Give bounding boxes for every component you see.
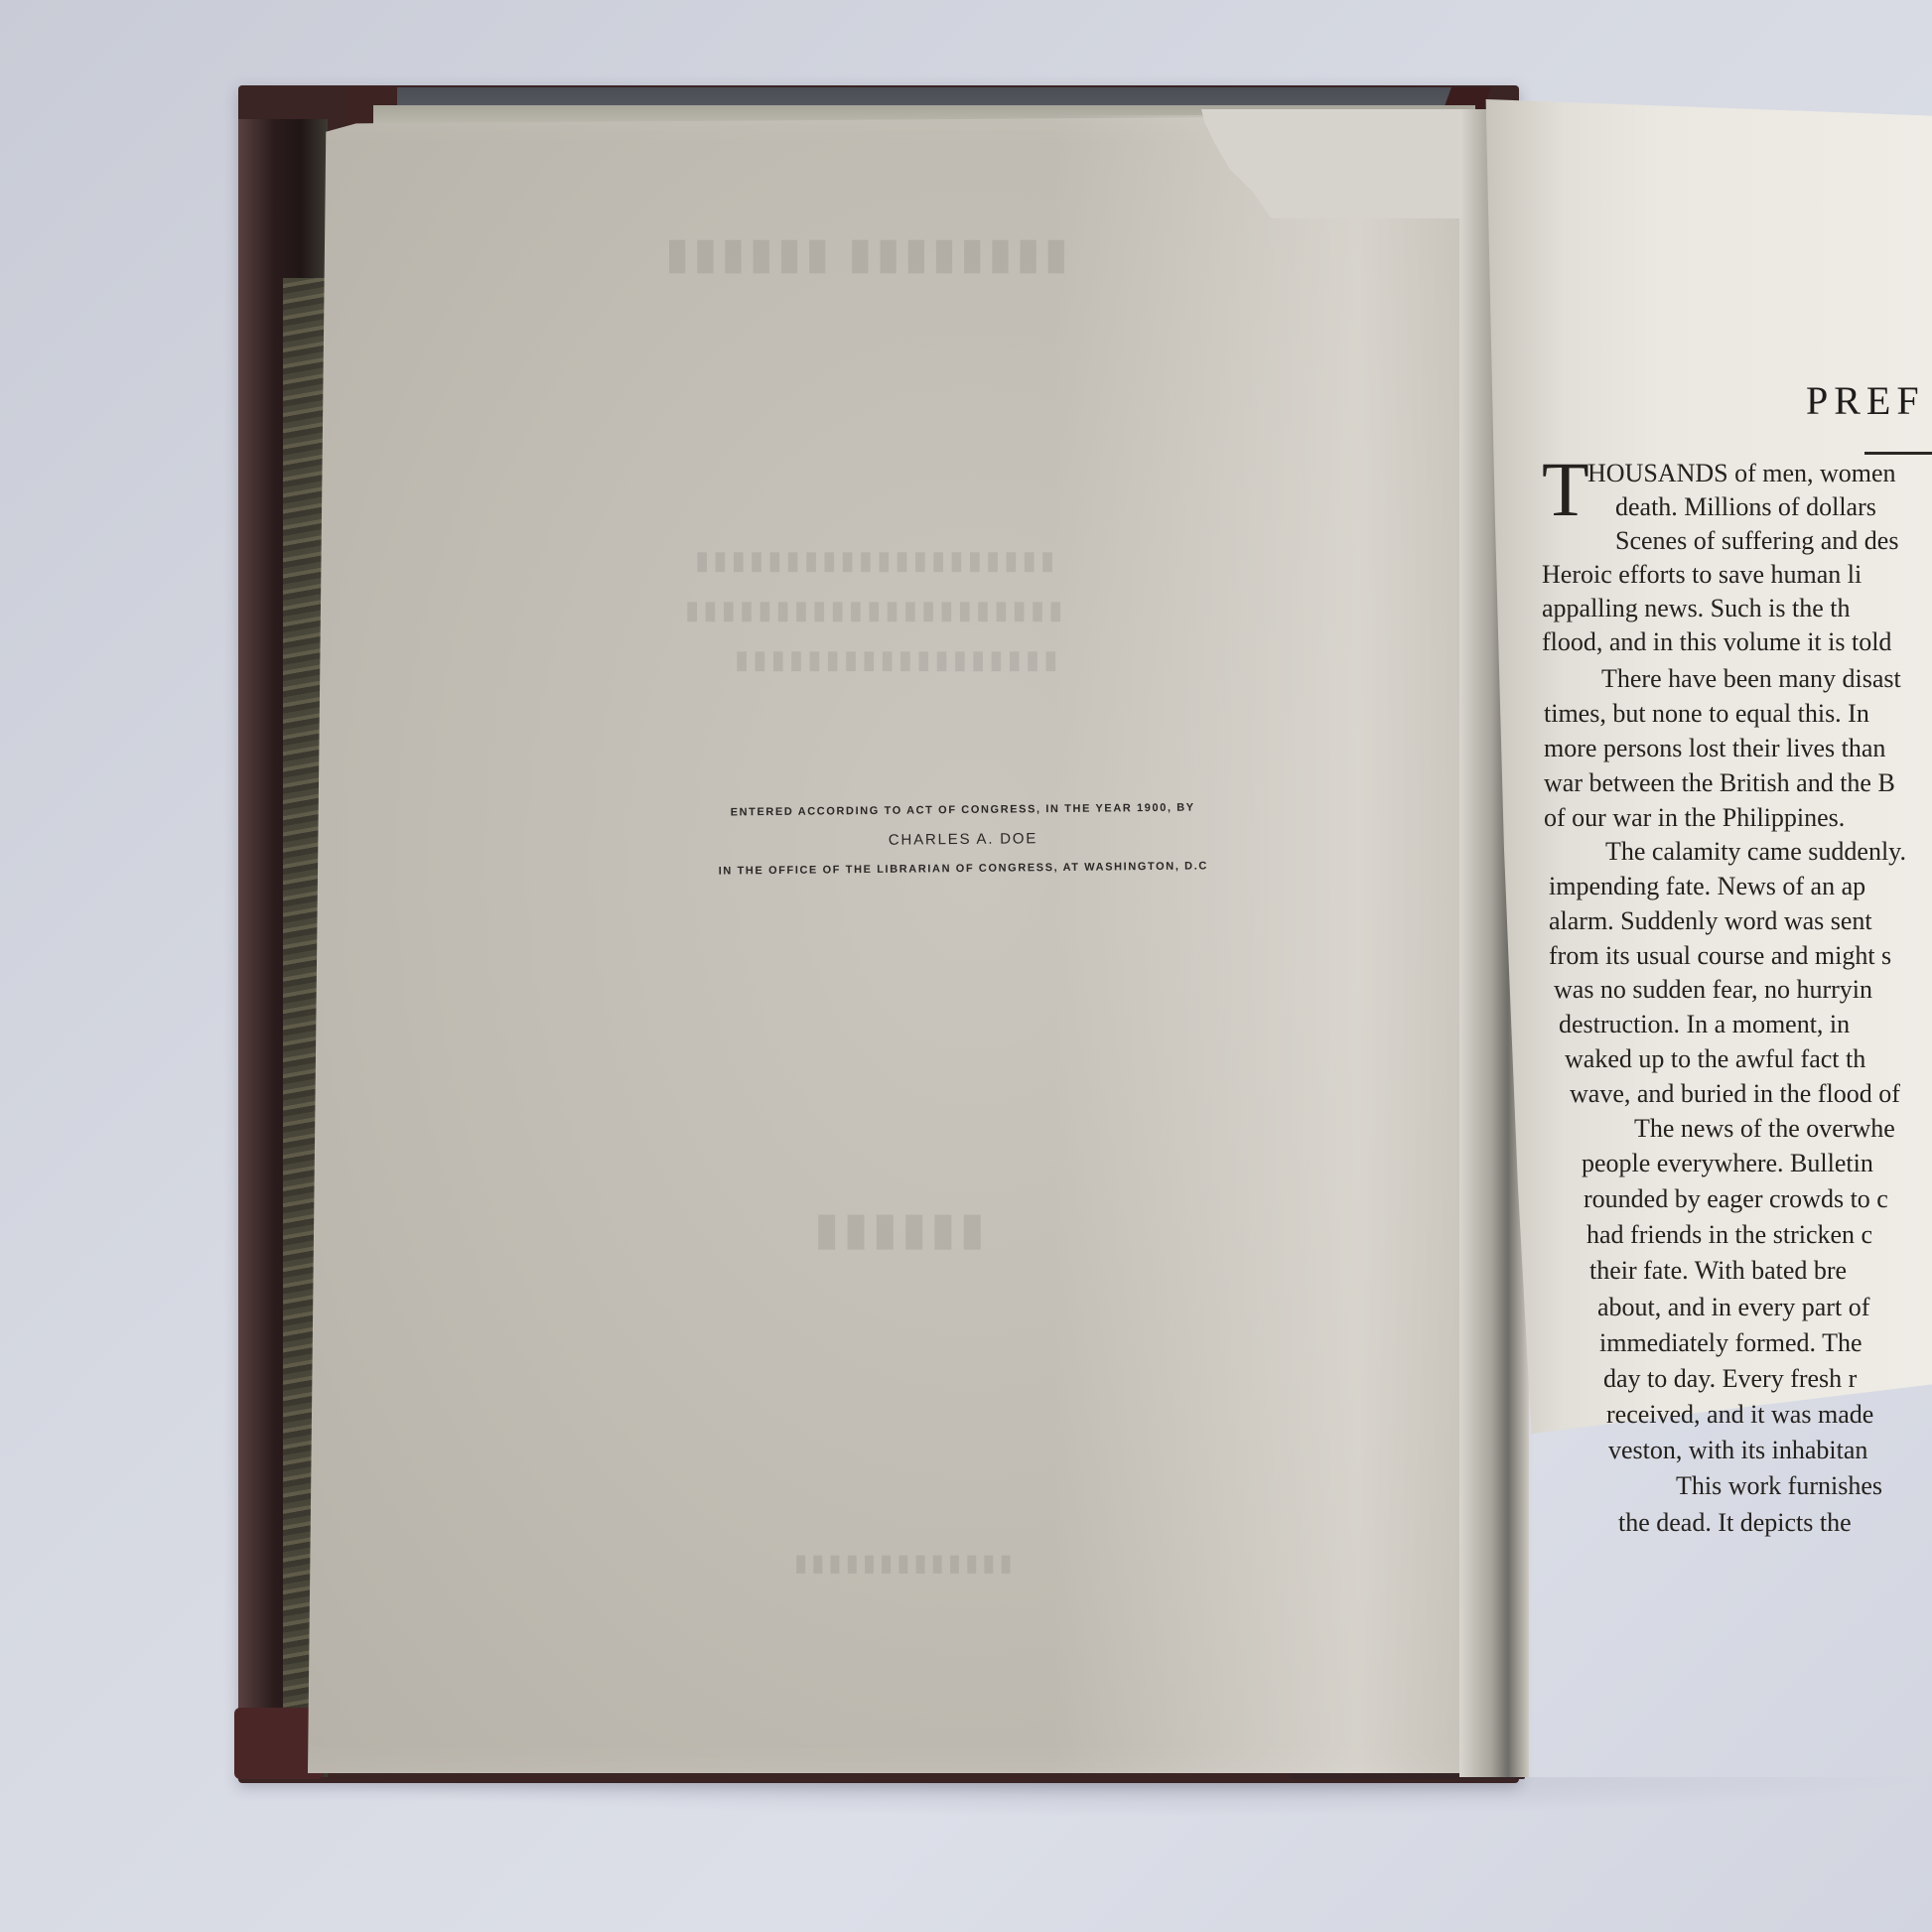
text-line: veston, with its inhabitan — [1608, 1436, 1867, 1465]
text-line: HOUSANDS of men, women — [1587, 459, 1896, 488]
text-line: Scenes of suffering and des — [1615, 526, 1898, 556]
text-line: war between the British and the B — [1544, 768, 1895, 798]
text-line: The news of the overwhe — [1634, 1114, 1895, 1144]
text-line: This work furnishes — [1676, 1471, 1882, 1501]
text-line: received, and it was made — [1606, 1400, 1873, 1430]
text-line: The calamity came suddenly. — [1605, 837, 1906, 867]
text-line: from its usual course and might s — [1549, 941, 1891, 971]
text-line: destruction. In a moment, in — [1559, 1010, 1850, 1039]
text-line: people everywhere. Bulletin — [1582, 1149, 1873, 1178]
text-line: alarm. Suddenly word was sent — [1549, 906, 1872, 936]
book-photo: ▮▮▮▮▮▮ ▮▮▮▮▮▮▮▮ ▮▮▮▮▮▮▮▮▮▮▮▮▮▮▮▮▮▮▮▮ ▮▮▮… — [0, 0, 1932, 1932]
text-line: appalling news. Such is the th — [1542, 594, 1851, 623]
text-line: There have been many disast — [1601, 664, 1901, 694]
text-line: had friends in the stricken c — [1587, 1220, 1872, 1250]
text-line: the dead. It depicts the — [1618, 1508, 1852, 1538]
text-line: impending fate. News of an ap — [1549, 872, 1865, 901]
text-line: their fate. With bated bre — [1589, 1256, 1847, 1286]
text-line: about, and in every part of — [1597, 1293, 1869, 1322]
text-line: times, but none to equal this. In — [1544, 699, 1869, 729]
text-line: immediately formed. The — [1599, 1328, 1863, 1358]
preface-heading: PREF — [1806, 377, 1925, 424]
preface-text: PREF T HOUSANDS of men, women death. Mil… — [1542, 377, 1932, 1668]
text-line: was no sudden fear, no hurryin — [1554, 975, 1872, 1005]
left-page-light — [1052, 115, 1489, 1773]
text-line: more persons lost their lives than — [1544, 734, 1885, 763]
text-line: flood, and in this volume it is told — [1542, 627, 1891, 657]
text-line: wave, and buried in the flood of — [1570, 1079, 1900, 1109]
text-line: Heroic efforts to save human li — [1542, 560, 1862, 590]
text-line: death. Millions of dollars — [1615, 492, 1876, 522]
text-line: day to day. Every fresh r — [1603, 1364, 1857, 1394]
copyright-line-author: CHARLES A. DOE — [685, 828, 1241, 851]
heading-rule — [1864, 452, 1932, 455]
copyright-notice: ENTERED ACCORDING TO ACT OF CONGRESS, IN… — [685, 801, 1242, 878]
text-line: waked up to the awful fact th — [1565, 1044, 1865, 1074]
book-shadow — [298, 1777, 1932, 1817]
text-line: of our war in the Philippines. — [1544, 803, 1845, 833]
text-line: rounded by eager crowds to c — [1584, 1184, 1888, 1214]
drop-cap: T — [1542, 451, 1589, 528]
